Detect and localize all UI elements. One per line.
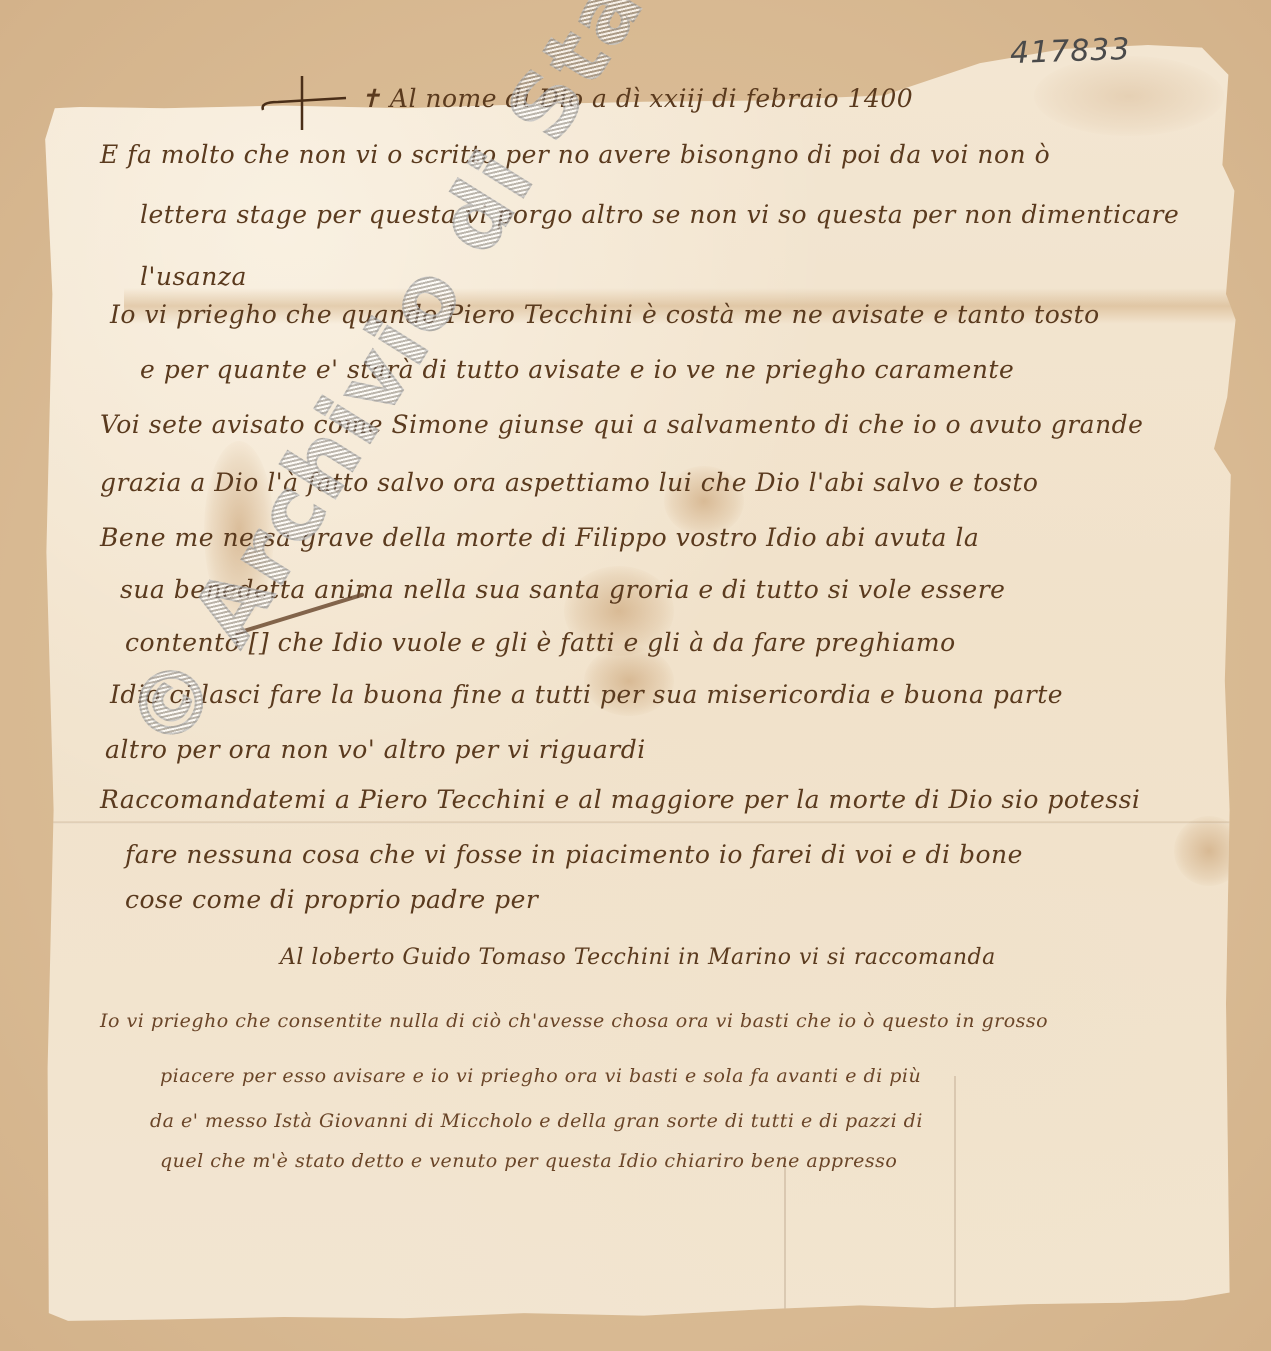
address-line: Al loberto Guido Tomaso Tecchini in Mari… (280, 945, 996, 970)
body-line-2: lettera stage per questa vi porgo altro … (140, 200, 1179, 229)
body-line-5: e per quante e' starà di tutto avisate e… (140, 355, 1014, 384)
body-line-3: l'usanza (140, 262, 247, 291)
body-line-15: cose come di proprio padre per (125, 885, 538, 914)
tear-line (784, 1156, 786, 1326)
body-line-6: Voi sete avisato come Simone giunse qui … (100, 410, 1143, 439)
postscript-line-2: piacere per esso avisare e io vi priegho… (160, 1065, 921, 1087)
postscript-line-4: quel che m'è stato detto e venuto per qu… (160, 1150, 897, 1172)
tear-line (954, 1076, 956, 1326)
postscript-line-1: Io vi priegho che consentite nulla di ci… (100, 1010, 1048, 1032)
body-line-14: fare nessuna cosa che vi fosse in piacim… (125, 840, 1023, 869)
body-line-7: grazia a Dio l'à fatto salvo ora aspetti… (100, 468, 1038, 497)
archive-number: 417833 (1009, 32, 1131, 71)
postscript-line-3: da e' messo Istà Giovanni di Miccholo e … (150, 1110, 923, 1132)
body-line-4: Io vi priegho che quando Piero Tecchini … (110, 300, 1100, 329)
invocation-line: ✝ Al nome di Dio a dì xxiij di febraio 1… (360, 84, 913, 113)
cross-icon (258, 72, 348, 132)
fold-crease (44, 821, 1244, 824)
body-line-11: Idio ci lasci fare la buona fine a tutti… (110, 680, 1063, 709)
body-line-13: Raccomandatemi a Piero Tecchini e al mag… (100, 785, 1140, 814)
